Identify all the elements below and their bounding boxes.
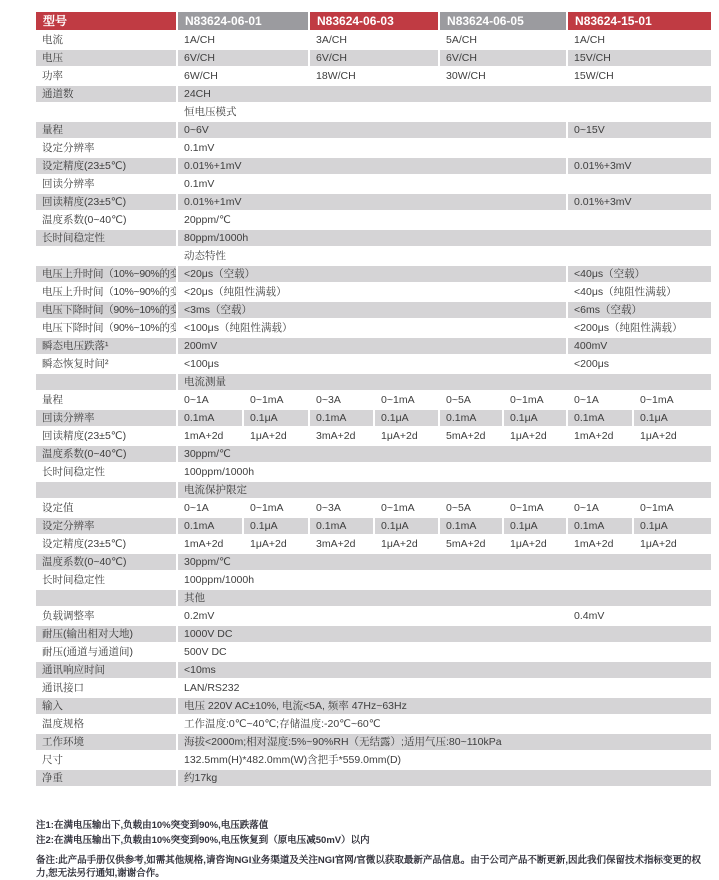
- section-title: 电流测量: [178, 374, 711, 390]
- spec-row: 长时间稳定性80ppm/1000h: [36, 230, 711, 246]
- spec-row: 净重约17kg: [36, 770, 711, 786]
- spec-value: 0.1μA: [504, 518, 566, 534]
- section-title: 其他: [178, 590, 711, 606]
- row-label: 功率: [36, 68, 176, 84]
- section-header-row: 恒电压模式: [36, 104, 711, 120]
- spec-row: 设定分辨率0.1mV: [36, 140, 711, 156]
- row-label: 设定分辨率: [36, 518, 176, 534]
- spec-row: 温度系数(0~40℃)30ppm/℃: [36, 446, 711, 462]
- spec-value: 400mV: [568, 338, 711, 354]
- row-label: 电压: [36, 50, 176, 66]
- model-header-3: N83624-06-05: [440, 12, 566, 30]
- spec-value: 0.1μA: [244, 518, 308, 534]
- spec-value: 18W/CH: [310, 68, 438, 84]
- row-label: 长时间稳定性: [36, 572, 176, 588]
- footnote-2: 注2:在满电压输出下,负载由10%突变到90%,电压恢复到（原电压减50mV）以…: [36, 833, 708, 848]
- row-label: 量程: [36, 392, 176, 408]
- spec-value: 30ppm/℃: [178, 554, 711, 570]
- spec-value: 3mA+2d: [310, 428, 373, 444]
- spec-row: 通讯接口LAN/RS232: [36, 680, 711, 696]
- section-header-row: 动态特性: [36, 248, 711, 264]
- row-label: 温度系数(0~40℃): [36, 446, 176, 462]
- footnotes: 注1:在满电压输出下,负载由10%突变到90%,电压跌落值 注2:在满电压输出下…: [36, 818, 708, 880]
- spec-value: 0.2mV: [178, 608, 566, 624]
- spec-value: 0.1mA: [310, 410, 373, 426]
- spec-value: 1μA+2d: [375, 428, 438, 444]
- spec-value: 1μA+2d: [244, 428, 308, 444]
- spec-value: 1A/CH: [178, 32, 308, 48]
- spec-table: 型号 N83624-06-01 N83624-06-03 N83624-06-0…: [34, 10, 713, 788]
- row-label: [36, 374, 176, 390]
- spec-value: 0.1μA: [504, 410, 566, 426]
- row-label: 回读分辨率: [36, 410, 176, 426]
- row-label: 电压下降时间（90%~10%的变化时间）: [36, 320, 176, 336]
- row-label: 通道数: [36, 86, 176, 102]
- spec-value: 6V/CH: [178, 50, 308, 66]
- spec-value: 15W/CH: [568, 68, 711, 84]
- spec-row: 电流1A/CH3A/CH5A/CH1A/CH: [36, 32, 711, 48]
- spec-value: 0~1mA: [504, 392, 566, 408]
- row-label: 通讯接口: [36, 680, 176, 696]
- spec-row: 通讯响应时间<10ms: [36, 662, 711, 678]
- spec-value: 1mA+2d: [568, 428, 632, 444]
- spec-row: 设定值0~1A0~1mA0~3A0~1mA0~5A0~1mA0~1A0~1mA: [36, 500, 711, 516]
- spec-value: 6V/CH: [310, 50, 438, 66]
- spec-value: <20μs（纯阻性满载）: [178, 284, 566, 300]
- spec-value: <3ms（空载）: [178, 302, 566, 318]
- spec-value: 0~3A: [310, 392, 373, 408]
- row-label: 回读分辨率: [36, 176, 176, 192]
- row-label: 瞬态电压跌落¹: [36, 338, 176, 354]
- spec-value: <20μs（空载）: [178, 266, 566, 282]
- row-label: 工作环境: [36, 734, 176, 750]
- spec-value: 0.1mV: [178, 176, 711, 192]
- spec-value: 3mA+2d: [310, 536, 373, 552]
- spec-row: 长时间稳定性100ppm/1000h: [36, 572, 711, 588]
- spec-row: 电压上升时间（10%~90%的变化时间）<20μs（纯阻性满载）<40μs（纯阻…: [36, 284, 711, 300]
- spec-row: 电压下降时间（90%~10%的变化时间）<100μs（纯阻性满载）<200μs（…: [36, 320, 711, 336]
- spec-value: 6V/CH: [440, 50, 566, 66]
- spec-value: 0.1mA: [310, 518, 373, 534]
- spec-value: 1μA+2d: [375, 536, 438, 552]
- spec-value: 3A/CH: [310, 32, 438, 48]
- spec-row: 回读精度(23±5℃)1mA+2d1μA+2d3mA+2d1μA+2d5mA+2…: [36, 428, 711, 444]
- row-label: 温度系数(0~40℃): [36, 554, 176, 570]
- spec-value: 100ppm/1000h: [178, 464, 711, 480]
- spec-value: 0.1μA: [634, 410, 711, 426]
- row-label: 电流: [36, 32, 176, 48]
- spec-value: 30ppm/℃: [178, 446, 711, 462]
- row-label: 回读精度(23±5℃): [36, 194, 176, 210]
- spec-value: 0~1mA: [375, 392, 438, 408]
- model-row-label: 型号: [36, 12, 176, 30]
- row-label: 电压上升时间（10%~90%的变化时间）: [36, 284, 176, 300]
- spec-value: 0.1μA: [634, 518, 711, 534]
- section-header-row: 其他: [36, 590, 711, 606]
- row-label: 温度规格: [36, 716, 176, 732]
- spec-value: 电压 220V AC±10%, 电流<5A, 频率 47Hz~63Hz: [178, 698, 711, 714]
- spec-value: 0~1mA: [244, 392, 308, 408]
- spec-value: LAN/RS232: [178, 680, 711, 696]
- spec-row: 电压上升时间（10%~90%的变化时间）<20μs（空载）<40μs（空载）: [36, 266, 711, 282]
- row-label: 量程: [36, 122, 176, 138]
- spec-value: 200mV: [178, 338, 566, 354]
- model-header-row: 型号 N83624-06-01 N83624-06-03 N83624-06-0…: [36, 12, 711, 30]
- spec-value: 0~1A: [178, 392, 242, 408]
- spec-row: 回读分辨率0.1mA0.1μA0.1mA0.1μA0.1mA0.1μA0.1mA…: [36, 410, 711, 426]
- spec-value: 100ppm/1000h: [178, 572, 711, 588]
- spec-value: 0~5A: [440, 392, 502, 408]
- spec-value: 0.1μA: [375, 410, 438, 426]
- row-label: 回读精度(23±5℃): [36, 428, 176, 444]
- spec-row: 回读精度(23±5℃)0.01%+1mV0.01%+3mV: [36, 194, 711, 210]
- spec-value: 500V DC: [178, 644, 711, 660]
- remark-note: 备注:此产品手册仅供参考,如需其他规格,请咨询NGI业务渠道及关注NGI官网/官…: [36, 854, 708, 880]
- spec-value: 0~1mA: [634, 500, 711, 516]
- spec-value: 0.1mA: [568, 518, 632, 534]
- spec-row: 温度系数(0~40℃)20ppm/℃: [36, 212, 711, 228]
- spec-row: 温度系数(0~40℃)30ppm/℃: [36, 554, 711, 570]
- spec-row: 温度规格工作温度:0℃~40℃;存储温度:-20℃~60℃: [36, 716, 711, 732]
- row-label: 耐压(输出相对大地): [36, 626, 176, 642]
- spec-value: 0~6V: [178, 122, 566, 138]
- row-label: 耐压(通道与通道间): [36, 644, 176, 660]
- row-label: 尺寸: [36, 752, 176, 768]
- spec-value: <6ms（空载）: [568, 302, 711, 318]
- spec-row: 通道数24CH: [36, 86, 711, 102]
- row-label: 设定分辨率: [36, 140, 176, 156]
- spec-value: 0.01%+3mV: [568, 158, 711, 174]
- spec-value: 5mA+2d: [440, 428, 502, 444]
- row-label: [36, 590, 176, 606]
- spec-value: <200μs: [568, 356, 711, 372]
- section-title: 恒电压模式: [178, 104, 711, 120]
- spec-value: <10ms: [178, 662, 711, 678]
- spec-row: 输入电压 220V AC±10%, 电流<5A, 频率 47Hz~63Hz: [36, 698, 711, 714]
- spec-value: 0.1μA: [375, 518, 438, 534]
- spec-row: 设定精度(23±5℃)1mA+2d1μA+2d3mA+2d1μA+2d5mA+2…: [36, 536, 711, 552]
- spec-value: 0.01%+1mV: [178, 158, 566, 174]
- spec-value: 1μA+2d: [634, 428, 711, 444]
- spec-value: 0~15V: [568, 122, 711, 138]
- spec-value: 约17kg: [178, 770, 711, 786]
- spec-value: <100μs（纯阻性满载）: [178, 320, 566, 336]
- spec-row: 瞬态电压跌落¹200mV400mV: [36, 338, 711, 354]
- row-label: [36, 104, 176, 120]
- spec-value: 0.1mA: [440, 410, 502, 426]
- spec-row: 设定精度(23±5℃)0.01%+1mV0.01%+3mV: [36, 158, 711, 174]
- spec-value: 30W/CH: [440, 68, 566, 84]
- spec-row: 瞬态恢复时间²<100μs<200μs: [36, 356, 711, 372]
- spec-value: 1A/CH: [568, 32, 711, 48]
- spec-value: 24CH: [178, 86, 711, 102]
- spec-value: 132.5mm(H)*482.0mm(W)含把手*559.0mm(D): [178, 752, 711, 768]
- spec-value: 1μA+2d: [634, 536, 711, 552]
- spec-row: 电压下降时间（90%~10%的变化时间）<3ms（空载）<6ms（空载）: [36, 302, 711, 318]
- spec-row: 尺寸132.5mm(H)*482.0mm(W)含把手*559.0mm(D): [36, 752, 711, 768]
- row-label: 负载调整率: [36, 608, 176, 624]
- spec-row: 设定分辨率0.1mA0.1μA0.1mA0.1μA0.1mA0.1μA0.1mA…: [36, 518, 711, 534]
- spec-value: 0~5A: [440, 500, 502, 516]
- section-title: 电流保护限定: [178, 482, 711, 498]
- spec-row: 长时间稳定性100ppm/1000h: [36, 464, 711, 480]
- spec-value: 0.1mA: [178, 518, 242, 534]
- model-header-2: N83624-06-03: [310, 12, 438, 30]
- spec-value: 0~1mA: [375, 500, 438, 516]
- spec-value: 0.01%+3mV: [568, 194, 711, 210]
- spec-value: <200μs（纯阻性满载）: [568, 320, 711, 336]
- row-label: 电压上升时间（10%~90%的变化时间）: [36, 266, 176, 282]
- spec-value: 0~1A: [178, 500, 242, 516]
- row-label: 长时间稳定性: [36, 464, 176, 480]
- spec-row: 负载调整率0.2mV0.4mV: [36, 608, 711, 624]
- row-label: [36, 482, 176, 498]
- spec-value: 0~1A: [568, 500, 632, 516]
- spec-value: 20ppm/℃: [178, 212, 711, 228]
- spec-value: 0~1mA: [634, 392, 711, 408]
- row-label: [36, 248, 176, 264]
- spec-row: 量程0~6V0~15V: [36, 122, 711, 138]
- spec-value: 0.01%+1mV: [178, 194, 566, 210]
- spec-row: 回读分辨率0.1mV: [36, 176, 711, 192]
- spec-row: 电压6V/CH6V/CH6V/CH15V/CH: [36, 50, 711, 66]
- spec-value: 0~1A: [568, 392, 632, 408]
- spec-value: 0.1mV: [178, 140, 711, 156]
- spec-value: 6W/CH: [178, 68, 308, 84]
- spec-value: <40μs（纯阻性满载）: [568, 284, 711, 300]
- spec-value: 工作温度:0℃~40℃;存储温度:-20℃~60℃: [178, 716, 711, 732]
- section-title: 动态特性: [178, 248, 711, 264]
- row-label: 长时间稳定性: [36, 230, 176, 246]
- section-header-row: 电流保护限定: [36, 482, 711, 498]
- model-header-4: N83624-15-01: [568, 12, 711, 30]
- spec-value: 1μA+2d: [244, 536, 308, 552]
- spec-row: 耐压(输出相对大地)1000V DC: [36, 626, 711, 642]
- spec-value: 1mA+2d: [178, 428, 242, 444]
- row-label: 电压下降时间（90%~10%的变化时间）: [36, 302, 176, 318]
- spec-value: 5mA+2d: [440, 536, 502, 552]
- spec-value: 0.1mA: [568, 410, 632, 426]
- model-header-1: N83624-06-01: [178, 12, 308, 30]
- spec-value: 5A/CH: [440, 32, 566, 48]
- spec-row: 功率6W/CH18W/CH30W/CH15W/CH: [36, 68, 711, 84]
- footnote-1: 注1:在满电压输出下,负载由10%突变到90%,电压跌落值: [36, 818, 708, 833]
- spec-value: 海拔<2000m;相对湿度:5%~90%RH（无结露）;适用气压:80~110k…: [178, 734, 711, 750]
- spec-value: 1000V DC: [178, 626, 711, 642]
- spec-row: 工作环境海拔<2000m;相对湿度:5%~90%RH（无结露）;适用气压:80~…: [36, 734, 711, 750]
- spec-sheet-page: 型号 N83624-06-01 N83624-06-03 N83624-06-0…: [0, 0, 719, 880]
- spec-value: 0.1mA: [178, 410, 242, 426]
- row-label: 设定精度(23±5℃): [36, 536, 176, 552]
- spec-value: 0.1μA: [244, 410, 308, 426]
- row-label: 瞬态恢复时间²: [36, 356, 176, 372]
- spec-value: 1mA+2d: [568, 536, 632, 552]
- row-label: 通讯响应时间: [36, 662, 176, 678]
- row-label: 设定精度(23±5℃): [36, 158, 176, 174]
- spec-value: 0.4mV: [568, 608, 711, 624]
- spec-value: 1mA+2d: [178, 536, 242, 552]
- spec-value: 0~3A: [310, 500, 373, 516]
- row-label: 温度系数(0~40℃): [36, 212, 176, 228]
- spec-value: 1μA+2d: [504, 536, 566, 552]
- spec-row: 量程0~1A0~1mA0~3A0~1mA0~5A0~1mA0~1A0~1mA: [36, 392, 711, 408]
- spec-value: 0~1mA: [504, 500, 566, 516]
- row-label: 设定值: [36, 500, 176, 516]
- section-header-row: 电流测量: [36, 374, 711, 390]
- row-label: 净重: [36, 770, 176, 786]
- spec-value: 80ppm/1000h: [178, 230, 711, 246]
- spec-value: <100μs: [178, 356, 566, 372]
- spec-value: 0~1mA: [244, 500, 308, 516]
- spec-value: 0.1mA: [440, 518, 502, 534]
- row-label: 输入: [36, 698, 176, 714]
- spec-value: <40μs（空载）: [568, 266, 711, 282]
- spec-row: 耐压(通道与通道间)500V DC: [36, 644, 711, 660]
- spec-value: 1μA+2d: [504, 428, 566, 444]
- spec-value: 15V/CH: [568, 50, 711, 66]
